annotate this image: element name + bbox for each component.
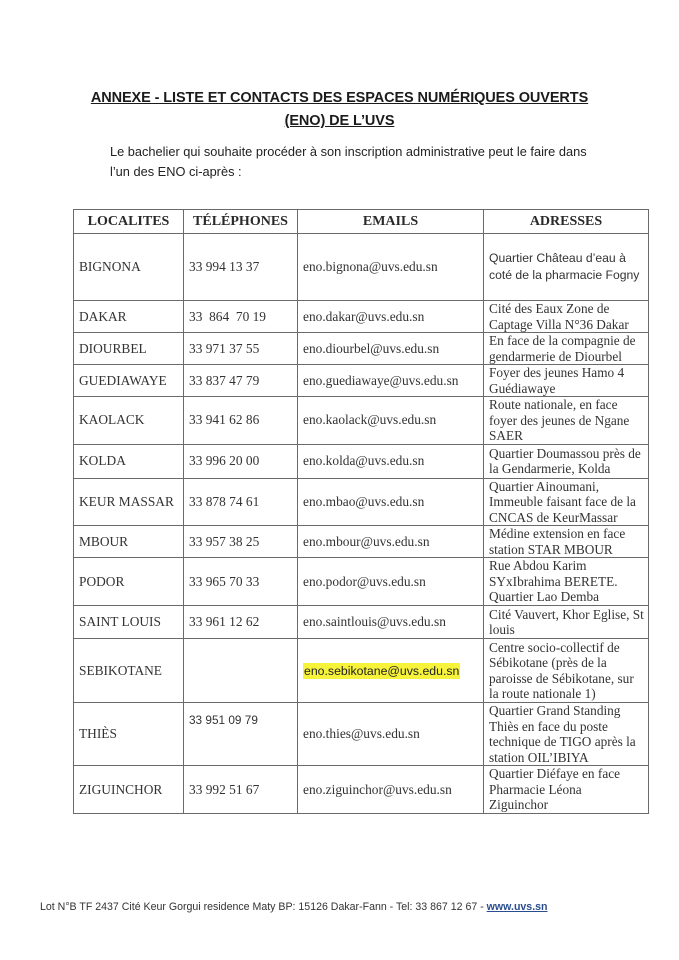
cell-adresse: Cité des Eaux Zone de Captage Villa N°36… [484, 301, 649, 333]
table-row: GUEDIAWAYE 33 837 47 79 eno.guediawaye@u… [74, 365, 649, 397]
footer: Lot N°B TF 2437 Cité Keur Gorgui residen… [40, 901, 660, 913]
cell-adresse: Foyer des jeunes Hamo 4 Guédiawaye [484, 365, 649, 397]
cell-adresse: Quartier Ainoumani, Immeuble faisant fac… [484, 478, 649, 526]
table-row: KAOLACK 33 941 62 86 eno.kaolack@uvs.edu… [74, 397, 649, 445]
cell-adresse: Quartier Grand Standing Thiès en face du… [484, 703, 649, 766]
header-emails: EMAILS [298, 210, 484, 234]
cell-localite: DIOURBEL [74, 333, 184, 365]
footer-address: Lot N°B TF 2437 Cité Keur Gorgui residen… [40, 901, 487, 913]
table-row: ZIGUINCHOR 33 992 51 67 eno.ziguinchor@u… [74, 766, 649, 814]
eno-contacts-table: LOCALITES TÉLÉPHONES EMAILS ADRESSES BIG… [73, 209, 649, 814]
header-localites: LOCALITES [74, 210, 184, 234]
cell-telephone: 33 965 70 33 [184, 558, 298, 606]
cell-telephone: 33 992 51 67 [184, 766, 298, 814]
cell-telephone: 33 837 47 79 [184, 365, 298, 397]
cell-email[interactable]: eno.mbao@uvs.edu.sn [298, 478, 484, 526]
table-row: SAINT LOUIS 33 961 12 62 eno.saintlouis@… [74, 606, 649, 639]
header-adresses: ADRESSES [484, 210, 649, 234]
cell-telephone: 33 878 74 61 [184, 478, 298, 526]
table-row: DIOURBEL 33 971 37 55 eno.diourbel@uvs.e… [74, 333, 649, 365]
table-row: MBOUR 33 957 38 25 eno.mbour@uvs.edu.sn … [74, 526, 649, 558]
cell-localite: ZIGUINCHOR [74, 766, 184, 814]
cell-localite: THIÈS [74, 703, 184, 766]
cell-adresse: Rue Abdou Karim SYxIbrahima BERETE. Quar… [484, 558, 649, 606]
intro-text-line1: Le bachelier qui souhaite procéder à son… [110, 142, 630, 162]
cell-telephone: 33 961 12 62 [184, 606, 298, 639]
cell-localite: SEBIKOTANE [74, 639, 184, 703]
document-title-line2: (ENO) DE L’UVS [0, 113, 679, 129]
cell-adresse: Cité Vauvert, Khor Eglise, St louis [484, 606, 649, 639]
cell-localite: PODOR [74, 558, 184, 606]
cell-telephone: 33 994 13 37 [184, 234, 298, 301]
cell-telephone: 33 957 38 25 [184, 526, 298, 558]
cell-email[interactable]: eno.ziguinchor@uvs.edu.sn [298, 766, 484, 814]
cell-telephone: 33 951 09 79 [184, 703, 298, 766]
table-row: KOLDA 33 996 20 00 eno.kolda@uvs.edu.sn … [74, 444, 649, 478]
cell-adresse: En face de la compagnie de gendarmerie d… [484, 333, 649, 365]
cell-localite: BIGNONA [74, 234, 184, 301]
table-row: SEBIKOTANE eno.sebikotane@uvs.edu.sn Cen… [74, 639, 649, 703]
cell-telephone: 33 941 62 86 [184, 397, 298, 445]
cell-adresse: Quartier Doumassou près de la Gendarmeri… [484, 444, 649, 478]
cell-localite: GUEDIAWAYE [74, 365, 184, 397]
cell-telephone [184, 639, 298, 703]
cell-localite: SAINT LOUIS [74, 606, 184, 639]
cell-localite: DAKAR [74, 301, 184, 333]
cell-adresse: Médine extension en face station STAR MB… [484, 526, 649, 558]
cell-adresse: Centre socio-collectif de Sébikotane (pr… [484, 639, 649, 703]
table-header-row: LOCALITES TÉLÉPHONES EMAILS ADRESSES [74, 210, 649, 234]
website-link[interactable]: www.uvs.sn [487, 901, 548, 913]
cell-email[interactable]: eno.bignona@uvs.edu.sn [298, 234, 484, 301]
cell-localite: KOLDA [74, 444, 184, 478]
cell-localite: KAOLACK [74, 397, 184, 445]
cell-email[interactable]: eno.sebikotane@uvs.edu.sn [298, 639, 484, 703]
cell-localite: KEUR MASSAR [74, 478, 184, 526]
cell-email[interactable]: eno.saintlouis@uvs.edu.sn [298, 606, 484, 639]
cell-telephone: 33 864 70 19 [184, 301, 298, 333]
table-row: PODOR 33 965 70 33 eno.podor@uvs.edu.sn … [74, 558, 649, 606]
cell-adresse: Quartier Château d’eau à coté de la phar… [484, 234, 649, 301]
cell-email[interactable]: eno.guediawaye@uvs.edu.sn [298, 365, 484, 397]
cell-adresse: Quartier Diéfaye en face Pharmacie Léona… [484, 766, 649, 814]
cell-email[interactable]: eno.kaolack@uvs.edu.sn [298, 397, 484, 445]
cell-email[interactable]: eno.kolda@uvs.edu.sn [298, 444, 484, 478]
cell-email[interactable]: eno.mbour@uvs.edu.sn [298, 526, 484, 558]
header-telephones: TÉLÉPHONES [184, 210, 298, 234]
highlighted-email[interactable]: eno.sebikotane@uvs.edu.sn [303, 663, 460, 679]
cell-email[interactable]: eno.dakar@uvs.edu.sn [298, 301, 484, 333]
table-row: BIGNONA 33 994 13 37 eno.bignona@uvs.edu… [74, 234, 649, 301]
cell-email[interactable]: eno.diourbel@uvs.edu.sn [298, 333, 484, 365]
cell-adresse: Route nationale, en face foyer des jeune… [484, 397, 649, 445]
intro-text-line2: l’un des ENO ci-après : [110, 162, 630, 182]
document-title-line1: ANNEXE - LISTE ET CONTACTS DES ESPACES N… [0, 90, 679, 106]
cell-telephone: 33 996 20 00 [184, 444, 298, 478]
cell-telephone: 33 971 37 55 [184, 333, 298, 365]
cell-email[interactable]: eno.thies@uvs.edu.sn [298, 703, 484, 766]
cell-localite: MBOUR [74, 526, 184, 558]
table-row: KEUR MASSAR 33 878 74 61 eno.mbao@uvs.ed… [74, 478, 649, 526]
cell-email[interactable]: eno.podor@uvs.edu.sn [298, 558, 484, 606]
table-row: DAKAR 33 864 70 19 eno.dakar@uvs.edu.sn … [74, 301, 649, 333]
table-row: THIÈS 33 951 09 79 eno.thies@uvs.edu.sn … [74, 703, 649, 766]
